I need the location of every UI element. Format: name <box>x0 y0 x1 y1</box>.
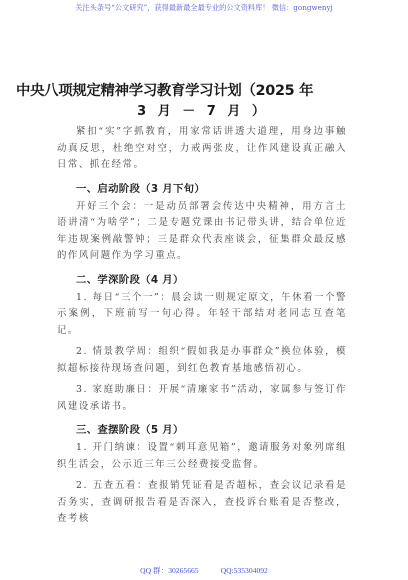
intro-paragraph: 紧扣“实”字抓教育，用家常话讲透大道理，用身边事触动真反思，杜绝空对空，力戒两张… <box>57 124 347 174</box>
section-launch-paragraph: 开好三个会：一是动员部署会传达中央精神，用方言土语讲清“为啥学”；二是专题党课由… <box>57 199 347 265</box>
deep-study-item-3: 3. 家庭助廉日：开展“清廉家书”活动，家属参与签订作风建设承诺书。 <box>57 382 347 415</box>
section-heading-launch: 一、启动阶段（3 月下旬） <box>76 180 347 198</box>
footer-qq: QQ:535304092 <box>221 566 268 576</box>
section-heading-deep-study: 二、学深阶段（4 月） <box>76 271 347 289</box>
footer-banner: QQ 群：30265665QQ:535304092 <box>0 566 408 576</box>
section-heading-inspection: 三、查摆阶段（5 月） <box>76 421 347 439</box>
header-banner: 关注头条号“公文研究”，获得最新最全最专业的公文资料库！ 微信：gongweny… <box>0 3 408 13</box>
document-title: 中央八项规定精神学习教育学习计划（2025 年 <box>16 80 388 102</box>
document-title-date-range: 3 月 － 7 月 ） <box>57 102 347 122</box>
inspection-item-1: 1. 开门纳谏：设置“刺耳意见箱”，邀请服务对象列席组织生活会，公示近三年三公经… <box>57 440 347 473</box>
deep-study-item-1: 1. 每日“三个一”：晨会读一则规定原文，午休看一个警示案例，下班前写一句心得。… <box>57 290 347 340</box>
deep-study-item-2: 2. 情景教学周：组织“假如我是办事群众”换位体验，模拟超标接待现场查问题，到红… <box>57 344 347 377</box>
inspection-item-2: 2. 五查五看：查报销凭证看是否超标，查会议记录看是否务实，查调研报告看是否深入… <box>57 478 347 528</box>
footer-qq-group: QQ 群：30265665 <box>140 566 198 576</box>
document-page: 中央八项规定精神学习教育学习计划（2025 年 3 月 － 7 月 ） 紧扣“实… <box>57 80 347 528</box>
